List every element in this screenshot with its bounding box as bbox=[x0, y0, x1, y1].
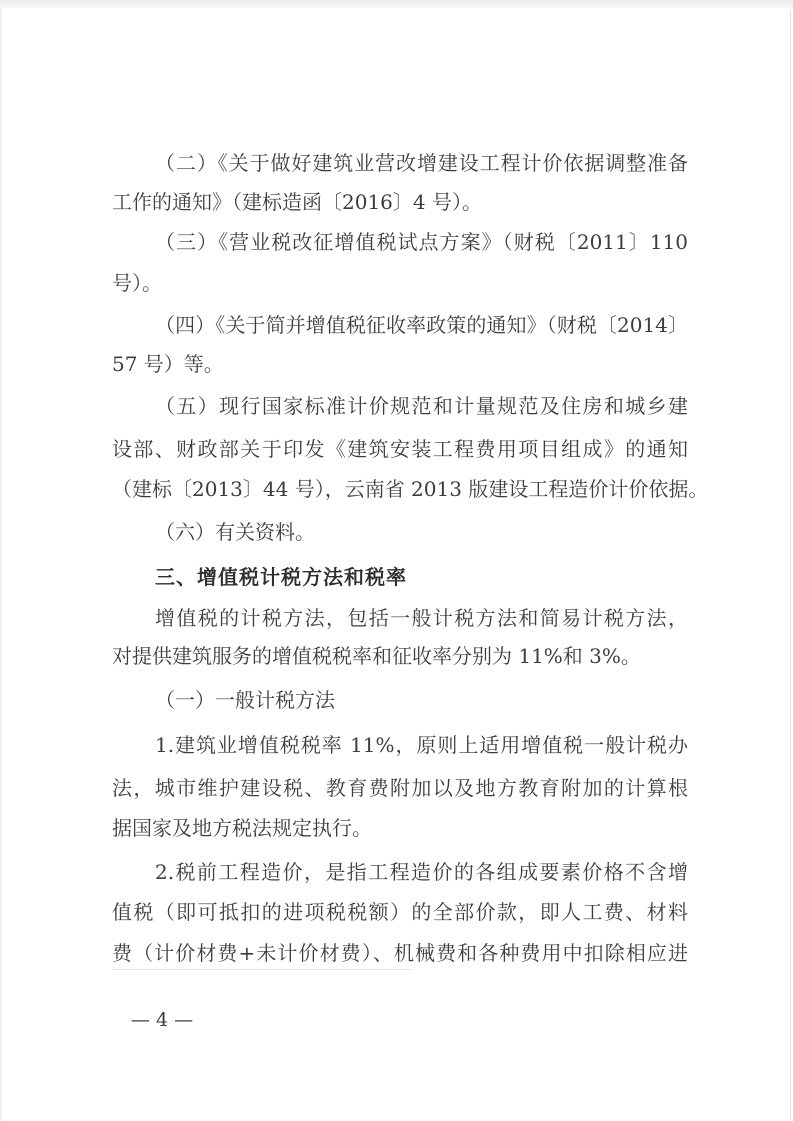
item-1-line-1: 1.建筑业增值税税率 11%，原则上适用增值税一般计税办 bbox=[155, 730, 688, 760]
page-number: — 4 — bbox=[130, 1007, 194, 1033]
list-item-5-line-2: 设部、财政部关于印发《建筑安装工程费用项目组成》的通知 bbox=[112, 434, 688, 464]
paragraph-vat-methods-line-2: 对提供建筑服务的增值税税率和征收率分别为 11%和 3%。 bbox=[112, 641, 688, 671]
list-item-2-line-2: 工作的通知》（建标造函〔2016〕4 号）。 bbox=[112, 187, 688, 217]
section-heading-3: 三、增值税计税方法和税率 bbox=[155, 562, 688, 592]
paragraph-vat-methods-line-1: 增值税的计税方法，包括一般计税方法和简易计税方法， bbox=[155, 603, 688, 633]
list-item-4-line-1: （四）《关于简并增值税征收率政策的通知》（财税〔2014〕 bbox=[155, 310, 688, 340]
list-item-2-line-1: （二）《关于做好建筑业营改增建设工程计价依据调整准备 bbox=[155, 148, 688, 178]
list-item-5-line-1: （五）现行国家标准计价规范和计量规范及住房和城乡建 bbox=[155, 391, 688, 421]
subsection-heading-general-method: （一）一般计税方法 bbox=[155, 685, 688, 715]
document-page: （二）《关于做好建筑业营改增建设工程计价依据调整准备 工作的通知》（建标造函〔2… bbox=[0, 0, 793, 1121]
list-item-3-line-1: （三）《营业税改征增值税试点方案》（财税〔2011〕110 bbox=[155, 227, 688, 257]
item-2-line-2: 值税（即可抵扣的进项税税额）的全部价款，即人工费、材料 bbox=[112, 897, 688, 927]
item-2-line-3: 费（计价材费+未计价材费）、机械费和各种费用中扣除相应进 bbox=[112, 938, 688, 968]
list-item-6: （六）有关资料。 bbox=[155, 517, 688, 547]
item-1-line-3: 据国家及地方税法规定执行。 bbox=[112, 813, 688, 843]
scan-artifact-line bbox=[112, 969, 412, 970]
item-2-line-1: 2.税前工程造价，是指工程造价的各组成要素价格不含增 bbox=[155, 857, 688, 887]
list-item-5-line-3: （建标〔2013〕44 号），云南省 2013 版建设工程造价计价依据。 bbox=[112, 474, 688, 504]
list-item-4-line-2: 57 号）等。 bbox=[112, 349, 688, 379]
item-1-line-2: 法，城市维护建设税、教育费附加以及地方教育附加的计算根 bbox=[112, 773, 688, 803]
list-item-3-line-2: 号）。 bbox=[112, 268, 688, 298]
